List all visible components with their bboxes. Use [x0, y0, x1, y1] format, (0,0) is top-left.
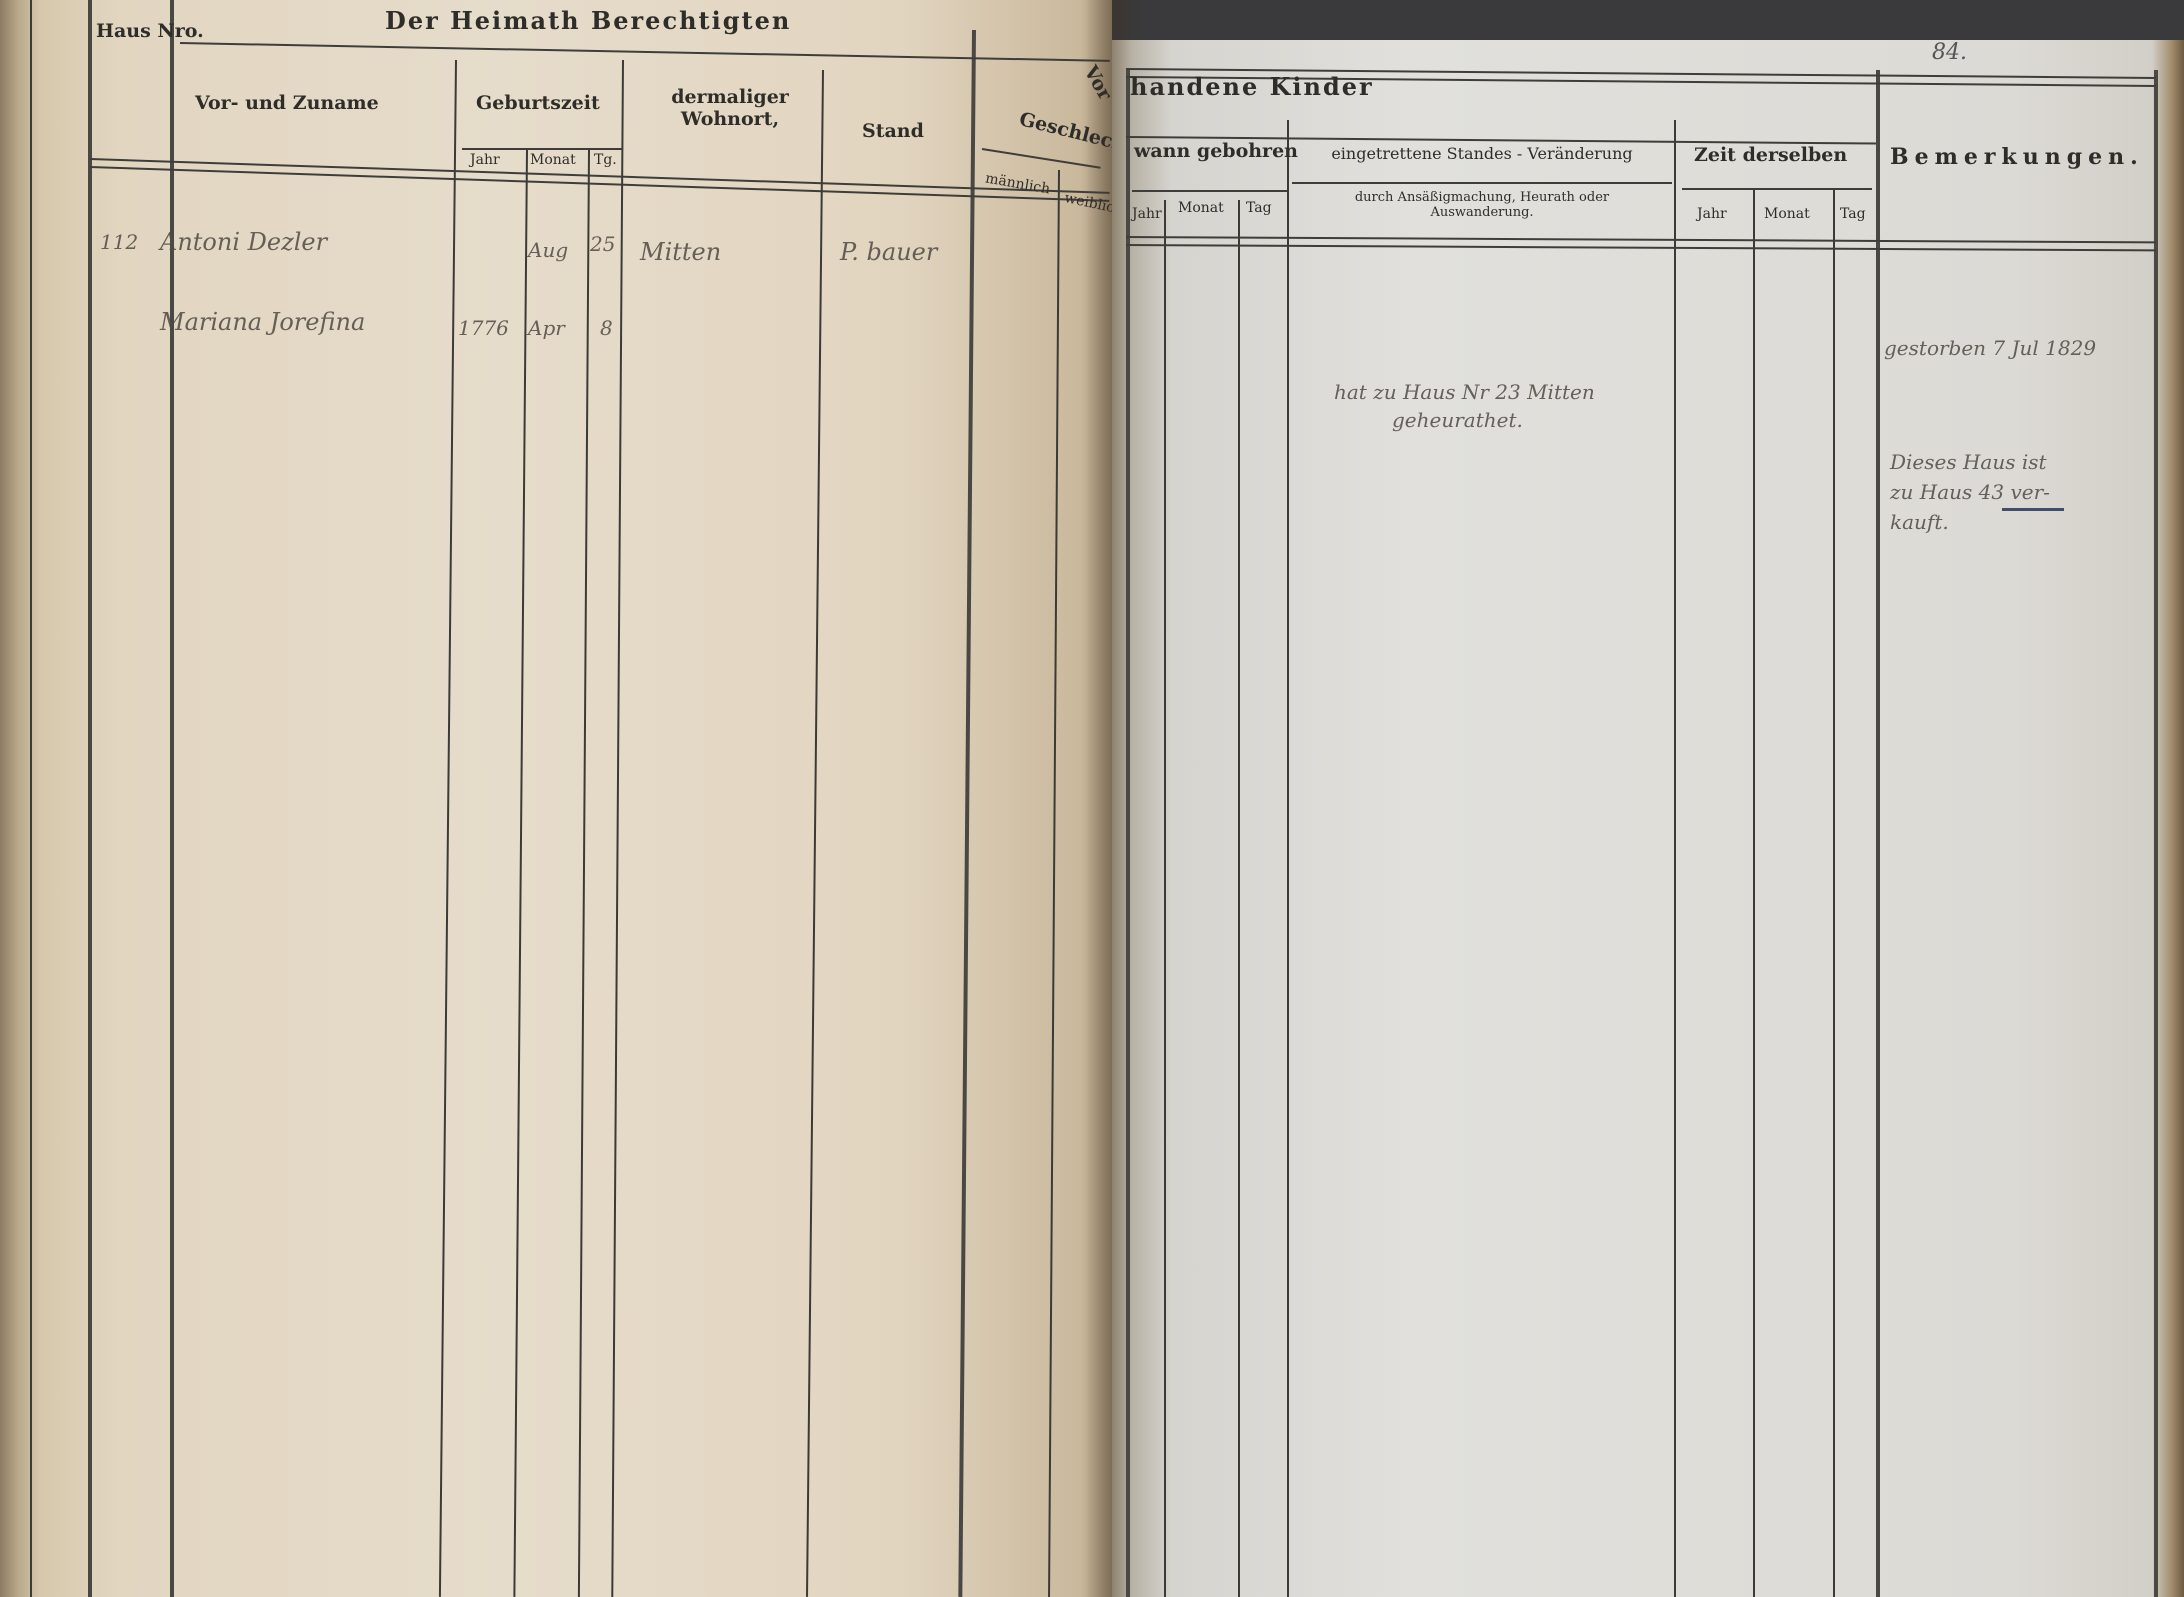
- entry-monat: Aug: [528, 238, 568, 262]
- column-rule-jahr: [439, 60, 457, 1597]
- wann-subrule: [1132, 190, 1287, 192]
- standes-note-line2: geheurathet.: [1392, 408, 1523, 432]
- underline-mark: [2002, 508, 2064, 511]
- header-wann-gebohren: wann gebohren: [1134, 140, 1298, 162]
- bemerkung-death-note: gestorben 7 Jul 1829: [1884, 336, 2096, 360]
- header-standes-sub: durch Ansäßigmachung, Heurath oder Auswa…: [1312, 190, 1652, 220]
- column-rule-wohnort: [611, 60, 624, 1597]
- column-rule-right-border: [2154, 70, 2158, 1597]
- entry-tag: 8: [600, 316, 613, 340]
- entry-name: Mariana Jorefina: [160, 308, 365, 336]
- column-rule-geschlecht: [958, 30, 976, 1597]
- header-rule-top: [180, 42, 1110, 62]
- header-title-heimath: Der Heimath Berechtigten: [385, 6, 791, 35]
- left-page: Haus Nro. Der Heimath Berechtigten Vor- …: [0, 0, 1112, 1597]
- page-edge-line: [30, 0, 32, 1597]
- bemerkung-sale-line3: kauft.: [1890, 510, 1949, 534]
- column-rule-tag: [1287, 120, 1289, 1597]
- column-rule-bemerkungen: [1876, 70, 1880, 1597]
- standes-subrule: [1292, 182, 1672, 184]
- header-wann-jahr: Jahr: [1132, 206, 1162, 222]
- header-wann-tag: Tag: [1246, 200, 1272, 216]
- entry-stand: P. bauer: [840, 238, 937, 266]
- header-stand: Stand: [862, 120, 924, 142]
- header-zeit-jahr: Jahr: [1697, 206, 1727, 222]
- header-standes-veraenderung: eingetrettene Standes - Veränderung: [1302, 144, 1662, 163]
- entry-haus-nro: 112: [100, 230, 138, 254]
- entry-tag: 25: [590, 232, 615, 256]
- column-rule-monat: [513, 150, 528, 1597]
- header-geburtszeit: Geburtszeit: [476, 92, 600, 114]
- header-zeit-tag: Tag: [1840, 206, 1866, 222]
- geschlecht-subrule: [982, 148, 1101, 169]
- right-page: 84. handene Kinder wann gebohren Jahr Mo…: [1112, 40, 2184, 1597]
- entry-name: Antoni Dezler: [160, 228, 327, 256]
- column-rule-jahr: [1164, 200, 1166, 1597]
- header-name: Vor- und Zuname: [195, 92, 379, 114]
- header-zeit-derselben: Zeit derselben: [1694, 144, 1847, 166]
- header-wann-monat: Monat: [1178, 200, 1224, 216]
- column-rule-stand: [806, 70, 824, 1597]
- entry-monat: Apr: [528, 316, 565, 340]
- column-rule-tag: [578, 150, 590, 1597]
- page-number: 84.: [1932, 40, 1967, 65]
- column-rule-zeit-monat: [1833, 190, 1835, 1597]
- header-wohnort: dermaliger Wohnort,: [660, 86, 800, 130]
- column-rule-zeit-jahr: [1753, 190, 1755, 1597]
- zeit-subrule: [1682, 188, 1872, 190]
- bemerkung-sale-line1: Dieses Haus ist: [1890, 450, 2047, 474]
- header-geburt-jahr: Jahr: [470, 152, 500, 168]
- header-zeit-monat: Monat: [1764, 206, 1810, 222]
- entry-wohnort: Mitten: [640, 238, 721, 266]
- column-rule-haus: [88, 0, 92, 1597]
- header-rule-bottom: [1126, 236, 2156, 251]
- header-haus: Haus Nro.: [96, 20, 204, 42]
- header-geburt-tag: Tg.: [594, 152, 617, 168]
- entry-jahr: 1776: [458, 316, 509, 340]
- column-rule-weiblich: [1048, 170, 1060, 1597]
- column-rule-monat: [1238, 200, 1240, 1597]
- header-title-kinder: handene Kinder: [1130, 72, 1374, 101]
- header-bemerkungen: Bemerkungen.: [1890, 144, 2144, 170]
- bemerkung-sale-line2: zu Haus 43 ver-: [1890, 480, 2050, 504]
- geburtszeit-subrule: [462, 148, 622, 150]
- header-geburt-monat: Monat: [530, 152, 576, 168]
- column-rule-standes: [1674, 120, 1676, 1597]
- standes-note-line1: hat zu Haus Nr 23 Mitten: [1334, 380, 1595, 404]
- column-rule-left-border: [1126, 70, 1130, 1597]
